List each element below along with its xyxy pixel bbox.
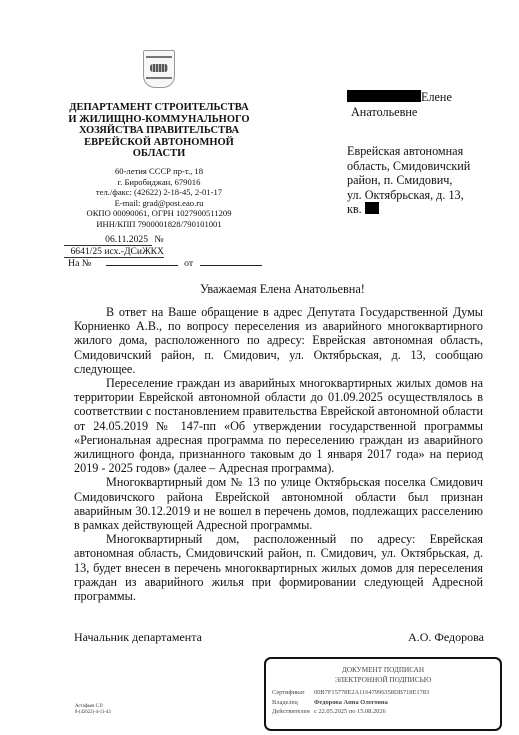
paragraph: Многоквартирный дом, расположенный по ад… <box>74 532 483 603</box>
recipient-name: Елене Анатольевне <box>347 90 497 119</box>
outgoing-date: 06.11.2025 <box>64 234 152 246</box>
executor-info: Астафьев С.Р. 8-(42622)-4-11-43 <box>75 704 111 716</box>
redacted-block <box>347 90 421 102</box>
sender-department: ДЕПАРТАМЕНТ СТРОИТЕЛЬСТВА И ЖИЛИЩНО-КОММ… <box>64 102 254 160</box>
signer-name: А.О. Федорова <box>408 630 484 645</box>
paragraph: Переселение граждан из аварийных многокв… <box>74 376 483 475</box>
redacted-block <box>365 202 379 214</box>
signature-row: Начальник департамента А.О. Федорова <box>74 630 484 645</box>
recipient-address: Еврейская автономная область, Смидовичск… <box>347 144 497 217</box>
paragraph: Многоквартирный дом № 13 по улице Октябр… <box>74 475 483 532</box>
paragraph: В ответ на Ваше обращение в адрес Депута… <box>74 305 483 376</box>
e-signature-stamp: ДОКУМЕНТ ПОДПИСАН ЭЛЕКТРОННОЙ ПОДПИСЬЮ С… <box>264 657 502 731</box>
reference-line: На № от <box>68 257 262 269</box>
letter-body: В ответ на Ваше обращение в адрес Депута… <box>74 305 483 603</box>
coat-of-arms-icon <box>143 50 175 88</box>
signer-position: Начальник департамента <box>74 630 202 644</box>
sender-contacts: 60-летия СССР пр-т., 18 г. Биробиджан, 6… <box>64 166 254 229</box>
outgoing-registration: 06.11.2025 № 6641/25 исх.-ДСиЖКХ <box>64 234 264 258</box>
greeting: Уважаемая Елена Анатольевна! <box>200 282 365 297</box>
